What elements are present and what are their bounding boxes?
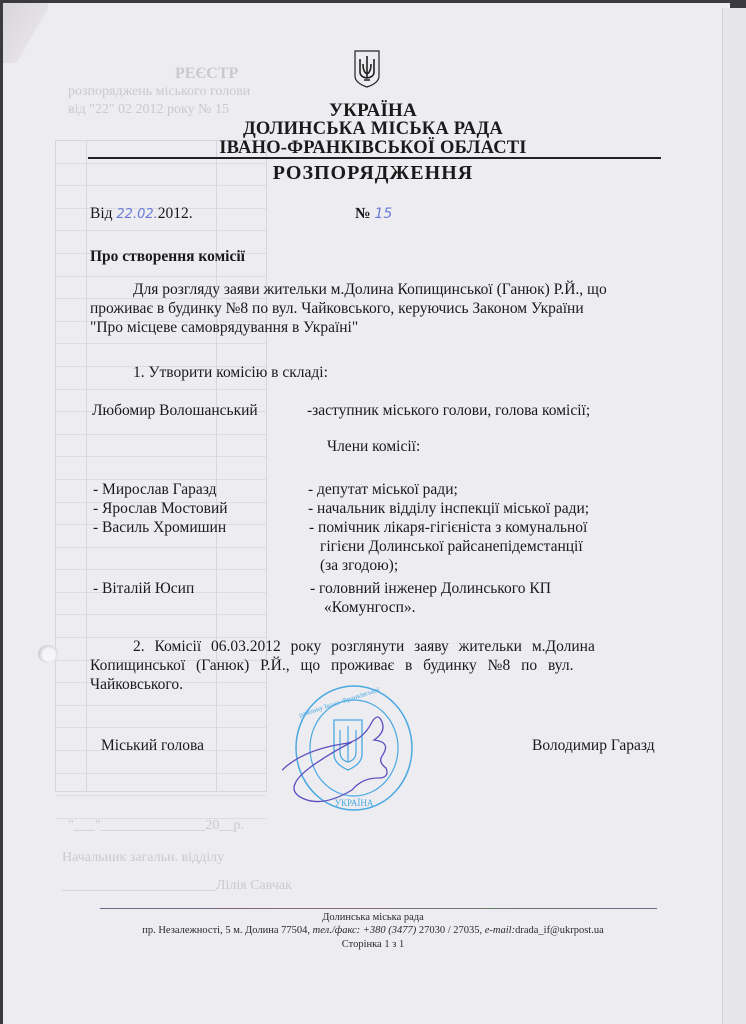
- signatory-title: Міський голова: [101, 737, 204, 755]
- handwritten-number: 15: [374, 206, 392, 222]
- bleed-through-title: РЕЄСТР: [175, 65, 238, 83]
- preamble-line: проживає в будинку №8 по вул. Чайковсько…: [90, 300, 584, 318]
- member-role: - депутат міської ради;: [308, 481, 458, 499]
- preamble-line: Для розгляду заяви жительки м.Долина Коп…: [133, 281, 607, 299]
- number-line: № 15: [355, 205, 392, 223]
- footer-contacts: пр. Незалежності, 5 м. Долина 77504, тел…: [0, 925, 746, 936]
- member-name: - Мирослав Гаразд: [93, 481, 217, 499]
- footer-phone: 27030 / 27035,: [416, 925, 485, 936]
- member-role: - помічник лікаря-гігієніста з комунальн…: [309, 519, 587, 537]
- bleed-through-table: [55, 140, 267, 792]
- date-year: 2012.: [158, 205, 193, 222]
- chair-role: -заступник міського голови, голова коміс…: [307, 402, 590, 420]
- trident-emblem-icon: [354, 50, 380, 88]
- member-role: «Комунгосп».: [324, 599, 416, 617]
- member-role: (за згодою);: [320, 557, 398, 575]
- page-number: Сторінка 1 з 1: [0, 939, 746, 950]
- svg-text:УКРАЇНА: УКРАЇНА: [335, 798, 374, 808]
- item-2-line: Копищинської (Ганюк) Р.Й., що проживає в…: [90, 657, 573, 675]
- official-stamp-icon: УКРАЇНА районну Івано-Франківської: [282, 682, 422, 822]
- member-role: - головний інженер Долинського КП: [310, 580, 551, 598]
- region-name: ІВАНО-ФРАНКІВСЬКОЇ ОБЛАСТІ: [0, 138, 746, 159]
- footer-email[interactable]: drada_if@ukrpost.ua: [515, 925, 604, 936]
- item-1: 1. Утворити комісію в складі:: [133, 364, 328, 382]
- header-divider: [88, 157, 661, 159]
- bleed-through-line: Начальник загальн. відділу: [62, 850, 224, 866]
- member-name: - Ярослав Мостовий: [93, 500, 228, 518]
- number-label: №: [355, 205, 371, 222]
- member-name: - Василь Хромишин: [93, 519, 226, 537]
- chair-name: Любомир Волошанський: [92, 402, 258, 420]
- preamble-line: "Про місцеве самоврядування в Україні": [90, 319, 358, 337]
- members-heading: Члени комісії:: [327, 438, 420, 456]
- item-2-line: Чайковського.: [90, 676, 183, 694]
- footer-divider: [100, 908, 657, 909]
- date-line: Від 22.02.2012.: [90, 205, 193, 223]
- page-edge: [722, 8, 746, 1024]
- bleed-through-line: розпоряджень міського голови: [68, 84, 250, 100]
- bleed-through-line: "___"_______________20__р.: [68, 818, 244, 834]
- item-2-line: 2. Комісії 06.03.2012 року розглянути за…: [133, 638, 595, 656]
- footer-email-label: e-mail:: [485, 925, 515, 936]
- handwritten-date: 22.02.: [116, 207, 157, 222]
- punch-hole: [38, 645, 58, 663]
- member-role: - начальник відділу інспекції міської ра…: [308, 500, 589, 518]
- member-name: - Віталій Юсип: [93, 580, 194, 598]
- folded-corner: [3, 3, 48, 63]
- footer-phone-label: тел./факс: +380 (3477): [313, 925, 417, 936]
- footer-address: пр. Незалежності, 5 м. Долина 77504,: [142, 925, 312, 936]
- bleed-through-line: ______________________Лілія Савчак: [62, 878, 292, 894]
- subject-heading: Про створення комісії: [90, 248, 245, 266]
- signatory-name: Володимир Гаразд: [532, 737, 655, 755]
- date-label: Від: [90, 205, 113, 222]
- council-name: ДОЛИНСЬКА МІСЬКА РАДА: [0, 119, 746, 140]
- footer-org: Долинська міська рада: [0, 912, 746, 923]
- member-role: гігієни Долинської райсанепідемстанції: [320, 538, 583, 556]
- document-type: РОЗПОРЯДЖЕННЯ: [0, 162, 746, 185]
